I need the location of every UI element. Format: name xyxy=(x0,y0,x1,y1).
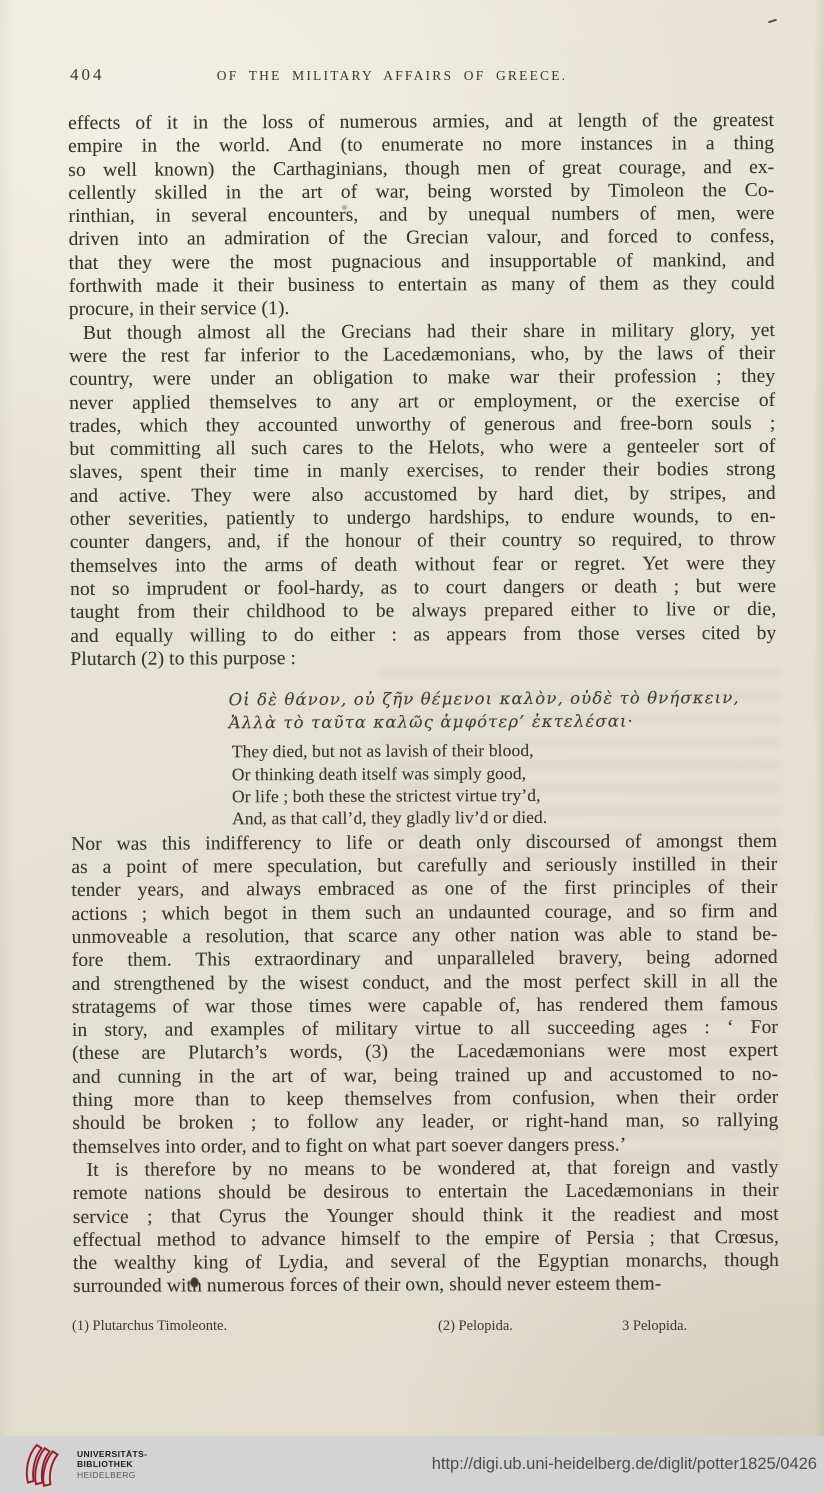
text-line: (these are Plutarch’s words, (3) the Lac… xyxy=(72,1039,778,1065)
text-line: It is therefore by no means to be wonder… xyxy=(73,1156,779,1182)
paragraph: But though almost all the Grecians had t… xyxy=(69,319,777,672)
verse-block: They died, but not as lavish of their bl… xyxy=(232,738,777,830)
text-line: and cunning in the art of war, being tra… xyxy=(72,1063,778,1089)
library-name: UNIVERSITÄTS- BIBLIOTHEK HEIDELBERG xyxy=(77,1449,147,1481)
text-line: thing more than to keep themselves from … xyxy=(72,1086,778,1112)
paper-speck xyxy=(342,205,347,210)
text-line: procure, in their service (1). xyxy=(69,295,775,321)
library-name-line1: UNIVERSITÄTS- xyxy=(77,1449,147,1460)
running-header: OF THE MILITARY AFFAIRS OF GREECE. xyxy=(38,68,746,84)
text-line: They died, but not as lavish of their bl… xyxy=(232,738,777,763)
greek-block: Οἱ δὲ θάνον, οὐ ζῆν θέμενοι καλὸν, οὐδὲ … xyxy=(229,686,777,734)
text-line: so well known) the Carthaginians, though… xyxy=(68,156,774,182)
text-line: themselves into order, and to fight on w… xyxy=(72,1133,778,1159)
pen-mark xyxy=(768,19,777,24)
text-line: Or life ; both these the strictest virtu… xyxy=(232,783,777,808)
text-line: and active. They were also accustomed by… xyxy=(70,482,776,508)
text-line: never applied themselves to any art or e… xyxy=(69,388,775,414)
digitization-footer-bar: UNIVERSITÄTS- BIBLIOTHEK HEIDELBERG http… xyxy=(0,1436,824,1493)
text-line: forthwith made it their business to ente… xyxy=(69,272,775,298)
text-line: fore them. This extraordinary and unpara… xyxy=(72,946,778,972)
text-line: as a point of mere speculation, but care… xyxy=(71,853,777,879)
text-line: cellently skilled in the art of war, bei… xyxy=(68,179,774,205)
text-line: in story, and examples of military virtu… xyxy=(72,1016,778,1042)
text-line: actions ; which begot in them such an un… xyxy=(71,900,777,926)
text-line: themselves into the arms of death withou… xyxy=(70,552,776,578)
text-line: remote nations should be desirous to ent… xyxy=(73,1179,779,1205)
text-line: And, as that call’d, they gladly liv’d o… xyxy=(232,805,777,830)
footnote-3: 3 Pelopida. xyxy=(622,1318,687,1335)
text-line: tender years, and always embraced as one… xyxy=(71,876,777,902)
text-line: counter dangers, and, if the honour of t… xyxy=(70,528,776,554)
text-line: country, were under an obligation to mak… xyxy=(69,365,775,391)
library-name-line3: HEIDELBERG xyxy=(77,1470,147,1481)
text-line: taught from their childhood to be always… xyxy=(70,598,776,624)
text-line: surrounded with numerous forces of their… xyxy=(73,1272,779,1298)
text-line: should be broken ; to follow any leader,… xyxy=(72,1109,778,1135)
footnotes-row: (1) Plutarchus Timoleonte. (2) Pelopida.… xyxy=(70,1318,774,1340)
text-line: Nor was this indifferency to life or dea… xyxy=(71,830,777,856)
text-line: slaves, spent their time in manly exerci… xyxy=(70,458,776,484)
text-line: and strengthened by the wisest conduct, … xyxy=(72,969,778,995)
text-line: service ; that Cyrus the Younger should … xyxy=(73,1202,779,1228)
page-text: effects of it in the loss of numerous ar… xyxy=(68,109,779,1299)
text-line: were the rest far inferior to the Lacedæ… xyxy=(69,342,775,368)
text-line: Plutarch (2) to this purpose : xyxy=(70,645,776,671)
text-line: rinthian, in several encounters, and by … xyxy=(68,202,774,228)
footnote-1: (1) Plutarchus Timoleonte. xyxy=(72,1318,227,1335)
heidelberg-library-books-icon xyxy=(20,1441,68,1489)
text-line: Or thinking death itself was simply good… xyxy=(232,760,777,785)
text-line: trades, which they accounted unworthy of… xyxy=(69,412,775,438)
ink-blot xyxy=(190,1277,199,1288)
book-page: 404 OF THE MILITARY AFFAIRS OF GREECE. e… xyxy=(0,0,824,1436)
scanned-book-page-viewer: 404 OF THE MILITARY AFFAIRS OF GREECE. e… xyxy=(0,0,824,1493)
text-line: But though almost all the Grecians had t… xyxy=(69,319,775,345)
text-line: not so imprudent or fool-hardy, as to co… xyxy=(70,575,776,601)
library-logo: UNIVERSITÄTS- BIBLIOTHEK HEIDELBERG xyxy=(20,1441,147,1489)
text-line: stratagems of war those times were capab… xyxy=(72,993,778,1019)
page-header: 404 OF THE MILITARY AFFAIRS OF GREECE. xyxy=(68,64,776,90)
paragraph: Nor was this indifferency to life or dea… xyxy=(71,830,778,1159)
footnote-2: (2) Pelopida. xyxy=(438,1318,513,1335)
paragraph: It is therefore by no means to be wonder… xyxy=(73,1156,780,1299)
text-line: and equally willing to do either : as ap… xyxy=(70,621,776,647)
text-line: that they were the most pugnacious and i… xyxy=(69,249,775,275)
text-line: the wealthy king of Lydia, and several o… xyxy=(73,1249,779,1275)
library-name-line2: BIBLIOTHEK xyxy=(77,1459,147,1470)
text-line: but committing all such cares to the Hel… xyxy=(69,435,775,461)
text-line: effects of it in the loss of numerous ar… xyxy=(68,109,774,135)
text-line: Ἀλλὰ τὸ ταῦτα καλῶς ἀμφότερ’ ἐκτελέσαι· xyxy=(229,709,777,734)
text-line: other severities, patiently to undergo h… xyxy=(70,505,776,531)
text-line: unmoveable a resolution, that scarce any… xyxy=(72,923,778,949)
text-line: empire in the world. And (to enumerate n… xyxy=(68,132,774,158)
text-line: effectual method to advance himself to t… xyxy=(73,1226,779,1252)
source-url: http://digi.ub.uni-heidelberg.de/diglit/… xyxy=(432,1455,817,1474)
text-line: Οἱ δὲ θάνον, οὐ ζῆν θέμενοι καλὸν, οὐδὲ … xyxy=(229,686,777,711)
text-line: driven into an admiration of the Grecian… xyxy=(69,225,775,251)
paragraph: effects of it in the loss of numerous ar… xyxy=(68,109,775,322)
